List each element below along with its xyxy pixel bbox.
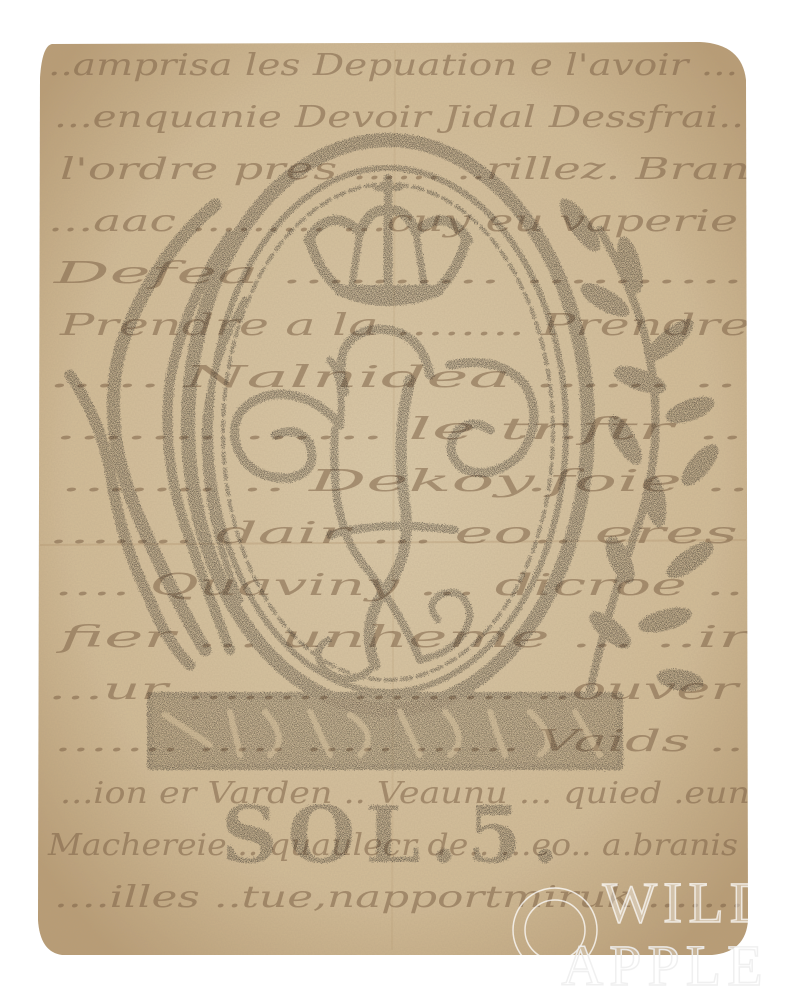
script-line: ...enquanie Devoir Jidal Dessfrai.. [54,100,744,135]
denomination-label: SOL.5. [221,790,569,881]
script-line: ..amprisa les Depuation e l'avoir ... [48,48,738,83]
banner [150,695,620,767]
stamp-artwork: ..amprisa les Depuation e l'avoir ......… [0,0,786,1000]
watermark-line2: APPLE [561,933,768,998]
watermark-line1: WILD [602,870,777,935]
